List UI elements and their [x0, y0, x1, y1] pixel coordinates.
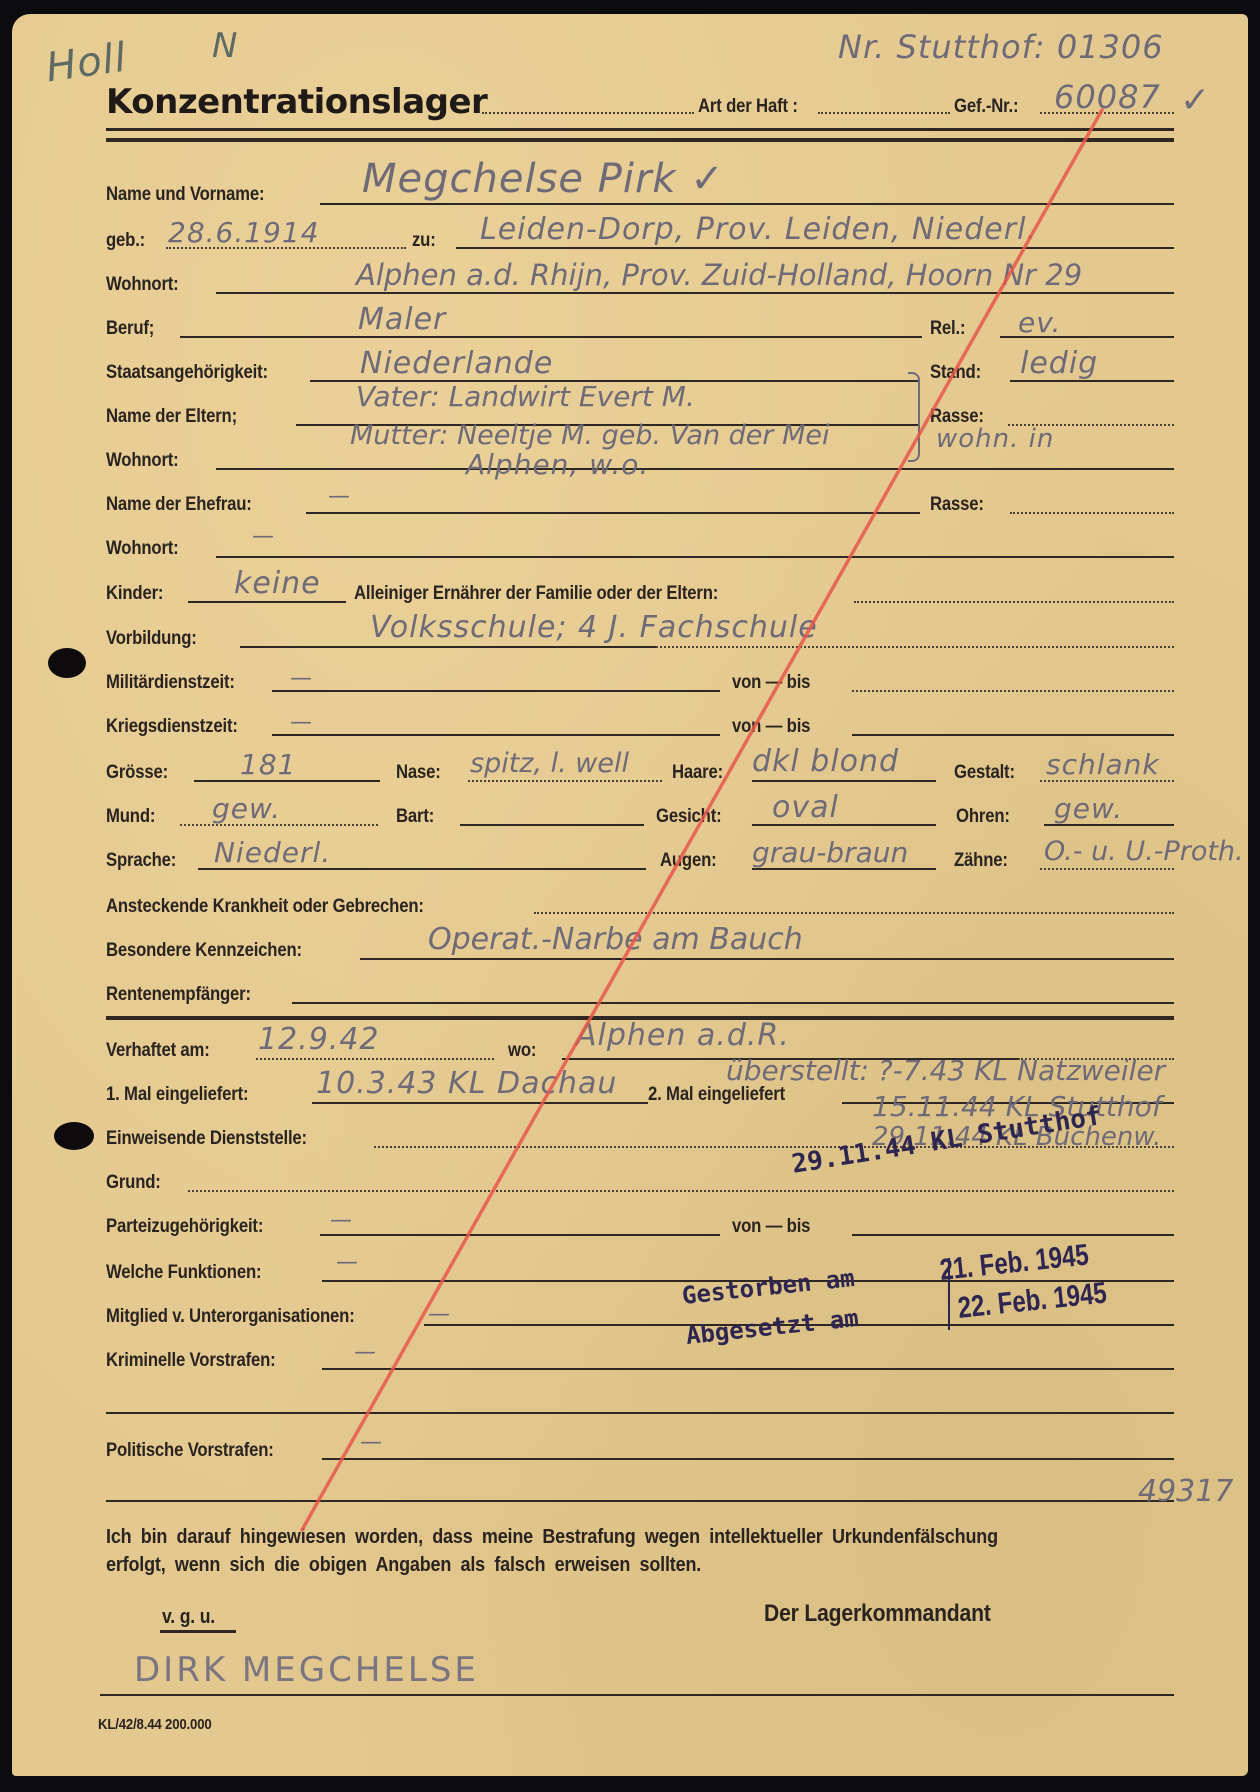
red-cancellation-line	[0, 0, 1260, 1792]
